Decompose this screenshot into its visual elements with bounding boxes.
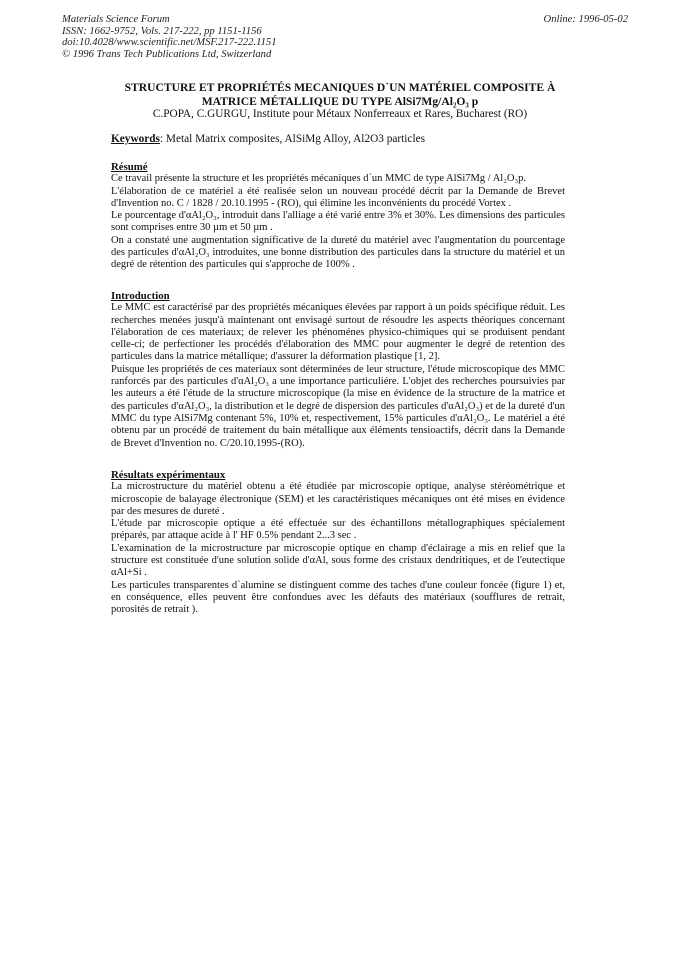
section-heading: Introduction	[111, 290, 565, 302]
issn-line: ISSN: 1662-9752, Vols. 217-222, pp 1151-…	[62, 26, 277, 38]
keywords-label: Keywords	[111, 133, 160, 145]
paragraph: On a constaté une augmentation significa…	[111, 235, 565, 272]
paragraph: Ce travail présente la structure et les …	[111, 173, 565, 185]
paragraph: La microstructure du matériel obtenu a é…	[111, 481, 565, 518]
keywords-text: : Metal Matrix composites, AlSiMg Alloy,…	[160, 133, 425, 145]
citation-header: Materials Science Forum ISSN: 1662-9752,…	[62, 14, 277, 60]
section-heading: Résumé	[111, 161, 565, 173]
paragraph: Le pourcentage d'αAl₂O₃, introduit dans …	[111, 210, 565, 235]
paper-title-line-2: MATRICE MÉTALLIQUE DU TYPE AlSi7Mg/Al₂O₃…	[100, 95, 580, 109]
paragraph: Puisque les propriétés de ces materiaux …	[111, 364, 565, 450]
paragraph: Le MMC est caractérisé par des propriété…	[111, 302, 565, 363]
paragraph: L'examination de la microstructure par m…	[111, 543, 565, 580]
section-resume: Résumé Ce travail présente la structure …	[111, 161, 565, 272]
section-heading: Résultats expérimentaux	[111, 469, 565, 481]
journal-name: Materials Science Forum	[62, 14, 277, 26]
paragraph: L'élaboration de ce matériel a été reali…	[111, 186, 565, 211]
section-introduction: Introduction Le MMC est caractérisé par …	[111, 290, 565, 450]
online-date: Online: 1996-05-02	[544, 14, 628, 25]
keywords: Keywords: Metal Matrix composites, AlSiM…	[111, 133, 425, 145]
paper-title-line-1: STRUCTURE ET PROPRIÉTÉS MECANIQUES D`UN …	[100, 81, 580, 95]
section-resultats: Résultats expérimentaux La microstructur…	[111, 469, 565, 617]
paragraph: Les particules transparentes d`alumine s…	[111, 580, 565, 617]
doi-line[interactable]: doi:10.4028/www.scientific.net/MSF.217-2…	[62, 37, 277, 49]
paragraph: L'étude par microscopie optique a été ef…	[111, 518, 565, 543]
copyright-line: © 1996 Trans Tech Publications Ltd, Swit…	[62, 49, 277, 61]
authors-affiliation: C.POPA, C.GURGU, Institute pour Métaux N…	[100, 108, 580, 120]
